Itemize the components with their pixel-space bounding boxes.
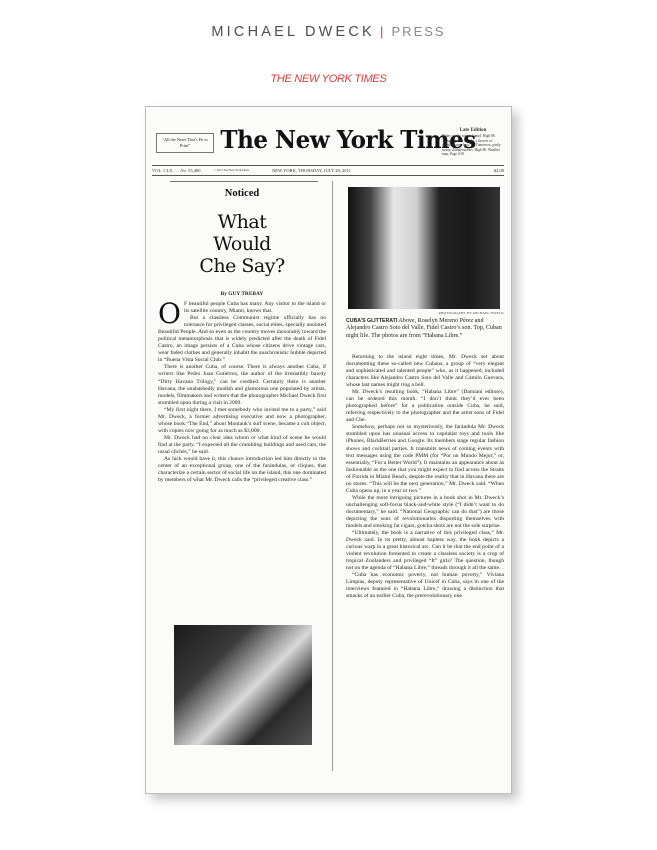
paragraph: While the more intriguing pictures in a …: [346, 495, 504, 530]
headline-line-3: Che Say?: [158, 255, 326, 277]
volume-number: VOL. CLX . . . No. 55,480: [152, 166, 201, 175]
article-left-column: Noticed What Would Che Say? By GUY TREBA…: [158, 181, 326, 484]
price: $2.00: [494, 166, 504, 175]
byline: By GUY TREBAY: [158, 291, 326, 297]
headline: What Would Che Say?: [158, 211, 326, 277]
site-header: MICHAEL DWECK|PRESS: [0, 24, 657, 40]
weather-box: Late Edition Today, partly sunny, humid.…: [442, 129, 504, 156]
headline-line-1: What: [158, 211, 326, 233]
publication-title: THE NEW YORK TIMES: [0, 73, 657, 85]
copyright: © 2011 The New York Times: [214, 166, 249, 175]
kicker: Noticed: [158, 188, 326, 199]
column-rule: [332, 181, 333, 771]
drop-cap: O: [158, 302, 181, 326]
paragraph: As luck would have it, this chance intro…: [158, 456, 326, 484]
paragraph: Mr. Dweck’s resulting book, “Habana Libr…: [346, 389, 504, 424]
masthead-ears: “All the News That’s Fit to Print”: [156, 133, 214, 153]
paragraph: “Cuba has economic poverty, not human po…: [346, 572, 504, 600]
article-body-left: OF beautiful people Cuba has many. Any v…: [158, 301, 326, 484]
newspaper-clipping: “All the News That’s Fit to Print” The N…: [145, 106, 512, 794]
paragraph: Returning to the island eight times, Mr.…: [346, 354, 504, 389]
edition-label: Late Edition: [442, 129, 504, 133]
portrait-photo: [348, 187, 500, 309]
header-separator: |: [380, 24, 387, 39]
section-name: PRESS: [392, 24, 446, 39]
masthead: “All the News That’s Fit to Print” The N…: [152, 125, 504, 167]
photo-credit: PHOTOGRAPHS BY MICHAEL DWECK: [346, 311, 504, 315]
article-right-column: PHOTOGRAPHS BY MICHAEL DWECK CUBA’S GLIT…: [346, 187, 504, 601]
paragraph: “Ultimately, the book is a narrative of …: [346, 530, 504, 572]
weather-text: Today, partly sunny, humid. High 88. Ton…: [442, 134, 501, 156]
paragraph: But a classless Communist regime officia…: [158, 315, 326, 364]
headline-line-2: Would: [158, 233, 326, 255]
party-photo: [174, 625, 312, 745]
paragraph: OF beautiful people Cuba has many. Any v…: [158, 301, 326, 315]
paragraph: There is another Cuba, of course. There …: [158, 364, 326, 406]
nameplate: The New York Times: [220, 125, 431, 154]
article-body-right: Returning to the island eight times, Mr.…: [346, 354, 504, 601]
date: NEW YORK, THURSDAY, JULY 28, 2011: [272, 166, 351, 175]
dateline: VOL. CLX . . . No. 55,480 © 2011 The New…: [152, 165, 504, 176]
paragraph: Mr. Dweck had no clear idea whom or what…: [158, 435, 326, 456]
kicker-rule: [170, 181, 318, 182]
paragraph: Somehow, perhaps not so mysteriously, th…: [346, 424, 504, 494]
brand-name[interactable]: MICHAEL DWECK: [211, 24, 375, 40]
paragraph: “My first night there, I met somebody wh…: [158, 407, 326, 435]
photo-caption: CUBA’S GLITTERATI Above, Roselyn Mereno …: [346, 318, 504, 340]
caption-label: CUBA’S GLITTERATI: [346, 318, 397, 324]
